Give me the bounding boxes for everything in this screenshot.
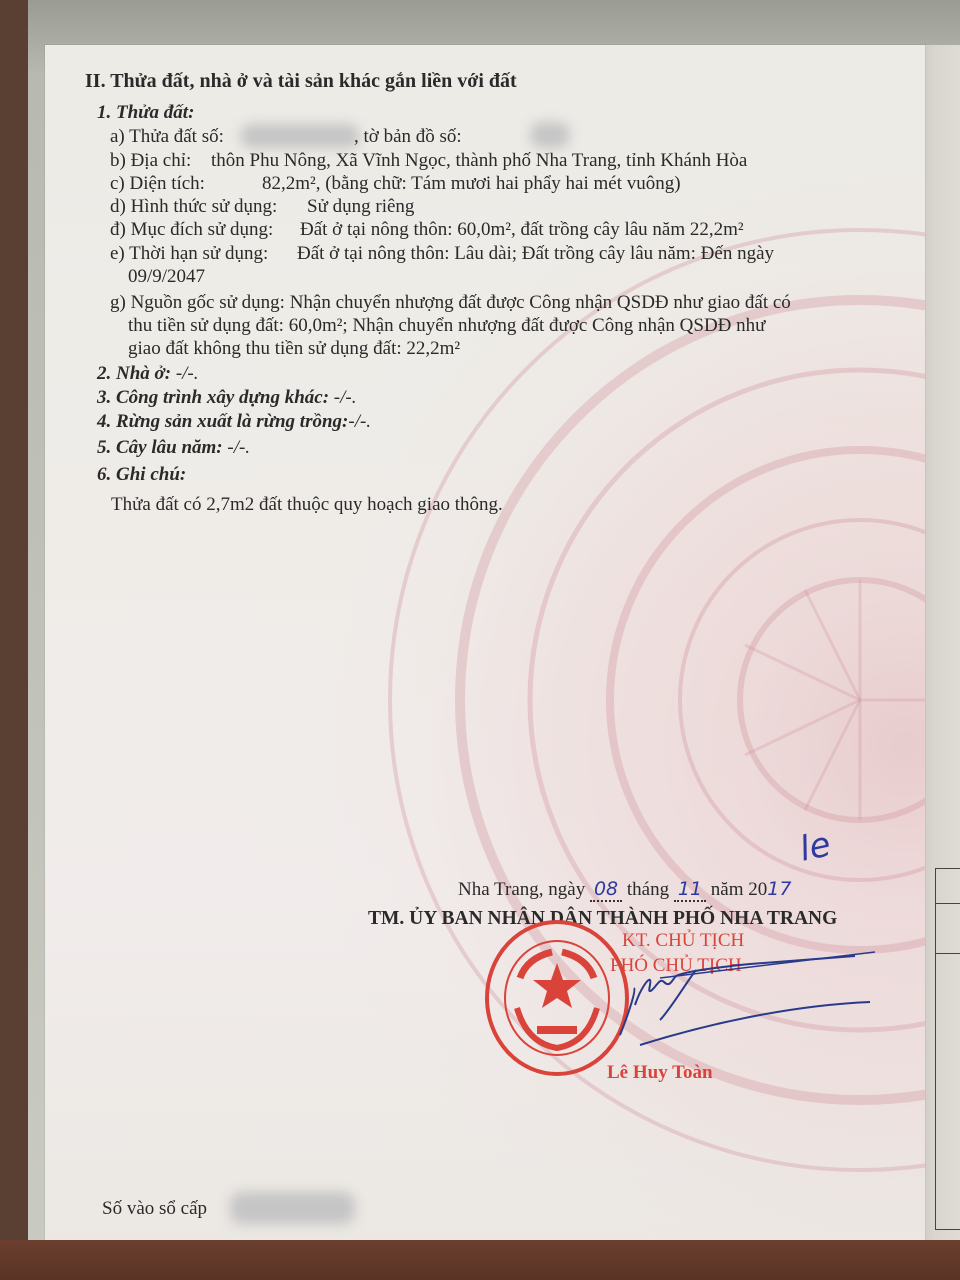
date-year-label: năm 20: [711, 879, 767, 900]
area-value: 82,2m², (bằng chữ: Tám mươi hai phẩy hai…: [262, 173, 681, 195]
map-label: , tờ bản đồ số:: [354, 126, 462, 148]
section-title: II. Thửa đất, nhà ở và tài sản khác gắn …: [85, 70, 517, 92]
item-other-construction-value: -/-.: [334, 387, 357, 408]
origin-line2: thu tiền sử dụng đất: 60,0m²; Nhận chuyể…: [128, 315, 765, 337]
term-label: e) Thời hạn sử dụng:: [110, 243, 268, 265]
use-form-value: Sử dụng riêng: [307, 196, 414, 218]
date-day: 08: [590, 878, 622, 902]
table-surface: [0, 1240, 960, 1280]
side-table-frame: [935, 868, 960, 1230]
date-year-suffix: 17: [767, 878, 791, 900]
notes-text: Thửa đất có 2,7m2 đất thuộc quy hoạch gi…: [111, 494, 503, 516]
role-line1: KT. CHỦ TỊCH: [622, 930, 744, 952]
signer-name: Lê Huy Toàn: [607, 1062, 713, 1084]
item-perennial-trees-label: 5. Cây lâu năm:: [97, 437, 223, 458]
redacted-map-number: [530, 122, 570, 148]
term-value-line2: 09/9/2047: [128, 266, 205, 288]
item-planted-forest-value: -/-.: [348, 411, 371, 432]
item-perennial-trees-value: -/-.: [227, 437, 250, 458]
use-form-label: d) Hình thức sử dụng:: [110, 196, 277, 218]
item-planted-forest-label: 4. Rừng sản xuất là rừng trồng:: [97, 411, 348, 432]
redacted-register-number: [230, 1192, 355, 1224]
term-value-line1: Đất ở tại nông thôn: Lâu dài; Đất trồng …: [297, 243, 774, 265]
item-house-value: -/-.: [176, 363, 199, 384]
redacted-parcel-number: [240, 124, 360, 148]
register-number-label: Số vào sổ cấp: [102, 1198, 207, 1220]
origin-line3: giao đất không thu tiền sử dụng đất: 22,…: [128, 338, 460, 360]
address-label: b) Địa chỉ:: [110, 150, 191, 172]
signature-icon: [600, 950, 880, 1060]
item-planted-forest: 4. Rừng sản xuất là rừng trồng:-/-.: [97, 411, 371, 433]
item-other-construction-label: 3. Công trình xây dựng khác:: [97, 387, 329, 408]
purpose-label: đ) Mục đích sử dụng:: [110, 219, 273, 241]
item-perennial-trees: 5. Cây lâu năm: -/-.: [97, 437, 250, 459]
notes-heading: 6. Ghi chú:: [97, 464, 186, 486]
date-month: 11: [674, 878, 706, 902]
date-line: Nha Trang, ngày 08 tháng 11 năm 2017: [458, 878, 791, 901]
item-house-label: 2. Nhà ở:: [97, 363, 171, 384]
area-label: c) Diện tích:: [110, 173, 205, 195]
date-place-prefix: Nha Trang, ngày: [458, 879, 585, 900]
purpose-value: Đất ở tại nông thôn: 60,0m², đất trồng c…: [300, 219, 744, 241]
item-house: 2. Nhà ở: -/-.: [97, 363, 199, 385]
origin-line1: g) Nguồn gốc sử dụng: Nhận chuyển nhượng…: [110, 292, 791, 314]
parcel-label: a) Thửa đất số:: [110, 126, 224, 148]
date-month-label: tháng: [627, 879, 669, 900]
address-value: thôn Phu Nông, Xã Vĩnh Ngọc, thành phố N…: [211, 150, 747, 172]
item-other-construction: 3. Công trình xây dựng khác: -/-.: [97, 387, 356, 409]
land-heading: 1. Thửa đất:: [97, 102, 194, 124]
